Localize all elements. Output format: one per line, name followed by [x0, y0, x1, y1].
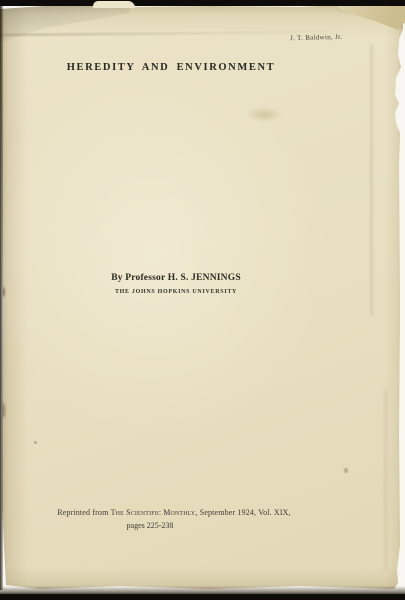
- pamphlet-cover-page: J. T. Baldwin, Jr. HEREDITY AND ENVIRONM…: [0, 5, 403, 593]
- stain-mark: [344, 468, 348, 473]
- owner-name-stamp: J. T. Baldwin, Jr.: [290, 32, 380, 42]
- vertical-streak: [384, 390, 387, 570]
- top-left-shadow: [0, 5, 130, 45]
- scan-matte-top: [0, 0, 405, 6]
- journal-name: The Scientific Monthly: [111, 508, 196, 517]
- reprint-citation: Reprinted from The Scientific Monthly, S…: [44, 508, 304, 517]
- smudge-mark: [246, 107, 282, 122]
- author-affiliation: THE JOHNS HOPKINS UNIVERSITY: [56, 289, 296, 295]
- reprint-suffix: , September 1924, Vol. XIX,: [195, 508, 290, 517]
- author-byline: By Professor H. S. JENNINGS: [56, 273, 296, 283]
- vertical-crease: [370, 45, 373, 315]
- scan-matte-bottom: [0, 594, 405, 600]
- reprint-pages: pages 225-238: [90, 521, 210, 530]
- reprint-prefix: Reprinted from: [57, 508, 110, 517]
- scanned-pamphlet-photo: J. T. Baldwin, Jr. HEREDITY AND ENVIRONM…: [0, 0, 405, 600]
- document-title: HEREDITY AND ENVIRONMENT: [0, 62, 342, 73]
- left-page-edge: [0, 5, 3, 590]
- torn-paper-bit: [93, 1, 135, 8]
- stain-mark: [34, 441, 37, 444]
